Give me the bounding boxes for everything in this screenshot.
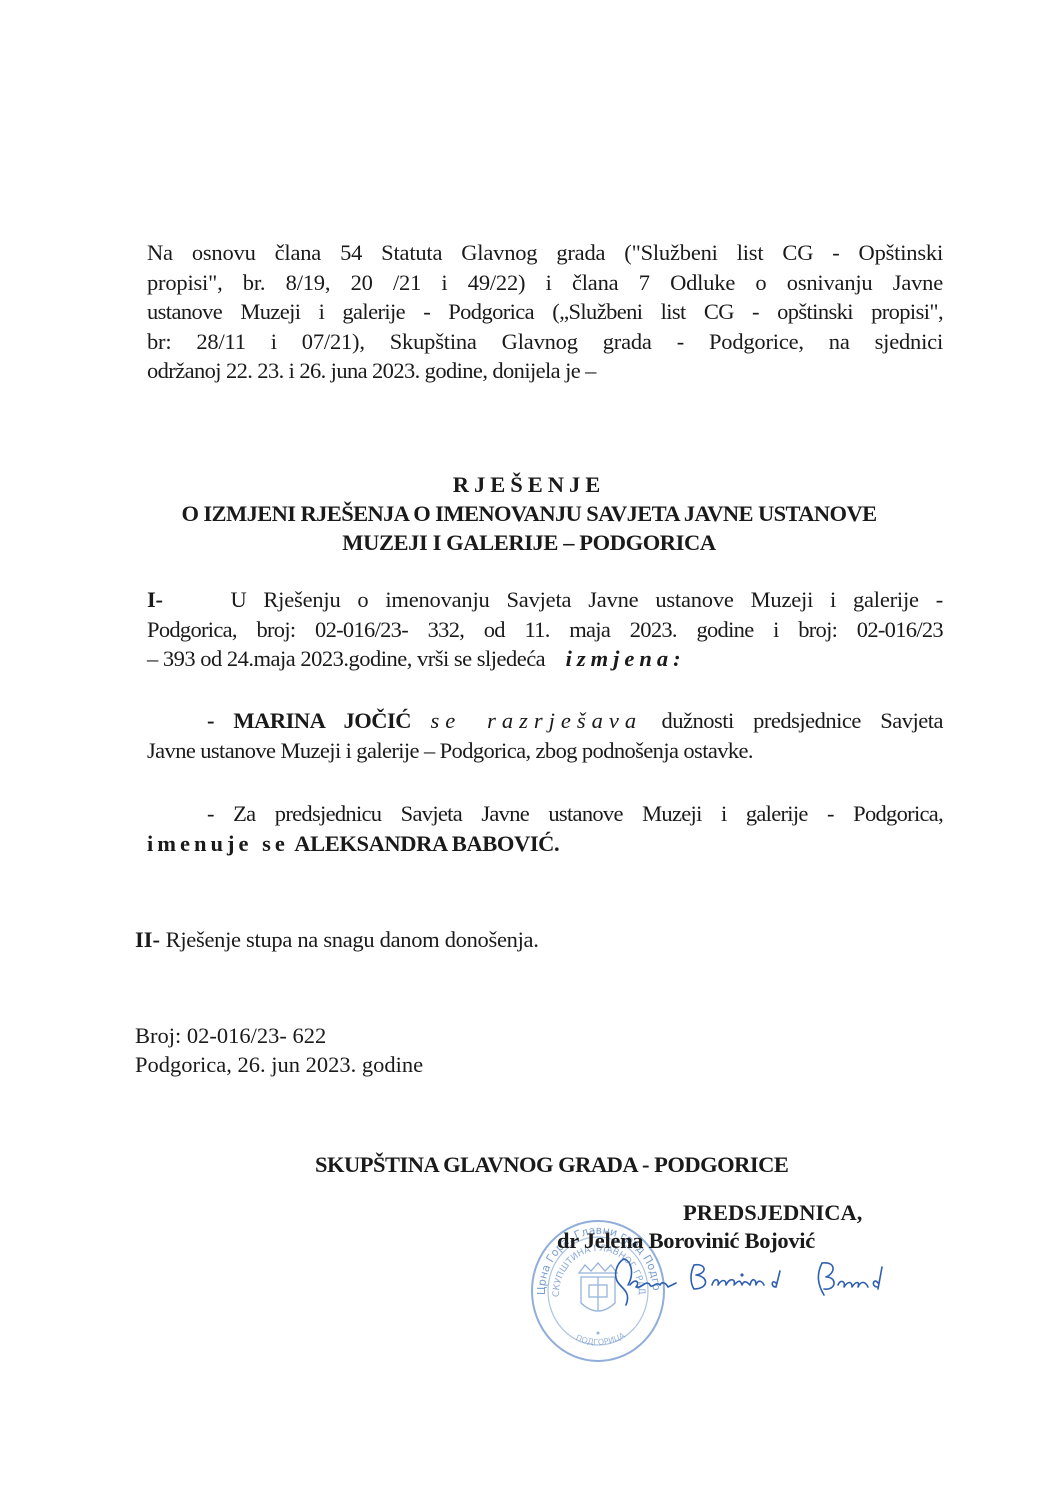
- section-1-text-3: – 393 od 24.maja 2023.godine, vrši se sl…: [147, 646, 545, 671]
- item-1-line-1: - MARINA JOČIĆ se razrješava dužnosti pr…: [147, 706, 943, 736]
- preamble-line: br: 28/11 i 07/21), Skupština Glavnog gr…: [147, 327, 943, 357]
- item-appointment: - Za predsjednicu Savjeta Javne ustanove…: [147, 799, 943, 858]
- section-1-marker: I-: [147, 587, 163, 612]
- title-heading: RJEŠENJE: [0, 470, 1058, 499]
- item-2-line-1: - Za predsjednicu Savjeta Javne ustanove…: [147, 799, 943, 829]
- section-2: II- Rješenje stupa na snagu danom donoše…: [135, 925, 539, 955]
- document-page: Na osnovu člana 54 Statuta Glavnog grada…: [0, 0, 1058, 1497]
- svg-text:ПОДГОРИЦА: ПОДГОРИЦА: [575, 1331, 627, 1347]
- section-1-line-2: Podgorica, broj: 02-016/23- 332, od 11. …: [147, 615, 943, 645]
- item-1-line-2: Javne ustanove Muzeji i galerije – Podgo…: [147, 736, 943, 766]
- section-1: I- U Rješenju o imenovanju Savjeta Javne…: [147, 585, 943, 674]
- item-2-line-2: imenuje se ALEKSANDRA BABOVIĆ.: [147, 829, 943, 859]
- section-1-emphasis: izmjena:: [566, 646, 686, 671]
- signatory-name: dr Jelena Borovinić Bojović: [557, 1226, 815, 1255]
- preamble-line: Na osnovu člana 54 Statuta Glavnog grada…: [147, 238, 943, 268]
- preamble-paragraph: Na osnovu člana 54 Statuta Glavnog grada…: [147, 238, 943, 386]
- title-line-1: O IZMJENI RJEŠENJA O IMENOVANJU SAVJETA …: [0, 499, 1058, 528]
- dismissal-action: se razrješava: [430, 708, 642, 733]
- reference-number: Broj: 02-016/23- 622: [135, 1021, 326, 1051]
- preamble-line: propisi", br. 8/19, 20 /21 i 49/22) i čl…: [147, 268, 943, 298]
- handwritten-signature-icon: [590, 1255, 940, 1315]
- item-1-text: dužnosti predsjednice Savjeta: [662, 708, 943, 733]
- reference-place-date: Podgorica, 26. jun 2023. godine: [135, 1050, 423, 1080]
- appointment-action: imenuje se: [147, 831, 289, 856]
- section-1-text: U Rješenju o imenovanju Savjeta Javne us…: [230, 587, 943, 612]
- section-2-text: Rješenje stupa na snagu danom donošenja.: [166, 927, 539, 952]
- title-line-2: MUZEJI I GALERIJE – PODGORICA: [0, 528, 1058, 557]
- preamble-line: ustanove Muzeji i galerije - Podgorica (…: [147, 297, 943, 327]
- section-1-line-1: I- U Rješenju o imenovanju Savjeta Javne…: [147, 585, 943, 615]
- item-dismissal: - MARINA JOČIĆ se razrješava dužnosti pr…: [147, 706, 943, 765]
- preamble-line: održanoj 22. 23. i 26. juna 2023. godine…: [147, 356, 943, 386]
- institution-name: SKUPŠTINA GLAVNOG GRADA - PODGORICE: [315, 1150, 788, 1179]
- appointed-person-name: ALEKSANDRA BABOVIĆ.: [294, 831, 559, 856]
- section-2-marker: II-: [135, 927, 160, 952]
- dismissed-person-name: - MARINA JOČIĆ: [207, 708, 411, 733]
- section-1-line-3: – 393 od 24.maja 2023.godine, vrši se sl…: [147, 644, 943, 674]
- signatory-role: PREDSJEDNICA,: [683, 1198, 862, 1227]
- decision-title: RJEŠENJE O IZMJENI RJEŠENJA O IMENOVANJU…: [0, 470, 1058, 557]
